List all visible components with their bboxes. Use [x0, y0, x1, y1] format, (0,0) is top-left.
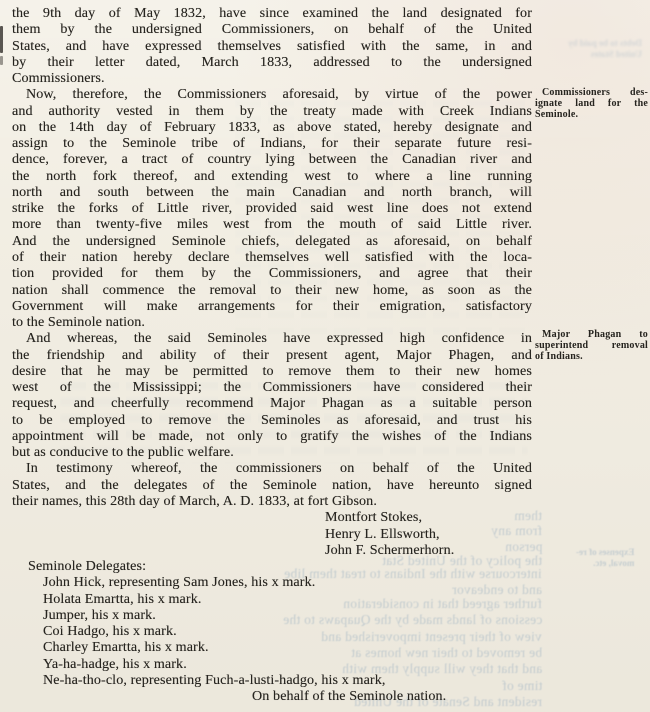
scan-edge-mark [0, 56, 3, 65]
document-page: themfrom anypersonthe policy of the Unit… [0, 0, 650, 712]
margin-notes: Commissioners des-ignate land for theSem… [0, 0, 650, 712]
margin-note-line: of Indians. [535, 351, 648, 362]
scan-edge-mark [0, 26, 3, 53]
margin-note-line: ignate land for the [535, 98, 648, 109]
margin-note-line: Commissioners des- [535, 87, 648, 98]
margin-note-line: Seminole. [535, 109, 648, 120]
margin-note: Major Phagan tosuperintend removalof Ind… [535, 329, 648, 363]
margin-note-line: Major Phagan to [535, 329, 648, 340]
margin-note: Commissioners des-ignate land for theSem… [535, 87, 648, 121]
margin-note-line: superintend removal [535, 340, 648, 351]
